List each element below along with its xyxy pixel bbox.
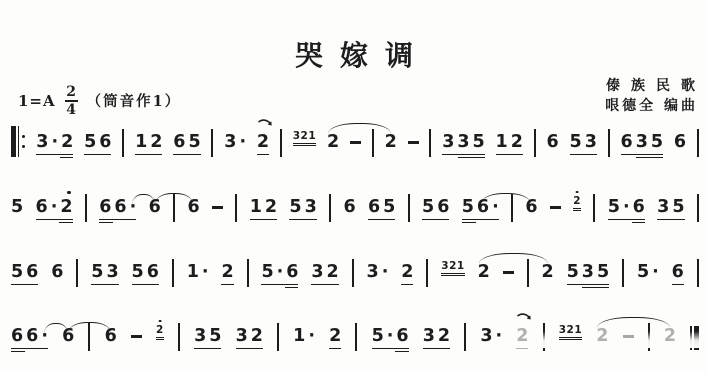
note: 32 [311, 262, 338, 282]
note: 56 [11, 262, 38, 282]
note: 5·6 [261, 262, 298, 282]
note: 12 [135, 132, 162, 152]
note: 66· [99, 197, 136, 217]
note: 35 [194, 326, 221, 346]
note: 3· [367, 262, 389, 282]
note: 2 [478, 262, 490, 282]
score-line-4: 66·66235321·25·6323·232122 [11, 306, 699, 356]
note: 6 [62, 326, 74, 346]
note: 53 [289, 197, 316, 217]
note: 6 [187, 197, 199, 217]
key-note: 1=A [18, 92, 56, 110]
note: 2 [516, 326, 528, 346]
rest-dash [408, 141, 419, 144]
note: 2 [221, 262, 233, 282]
barline [697, 259, 699, 287]
barline [122, 129, 124, 157]
rest-dash [350, 141, 361, 144]
slide-ornament-icon [516, 311, 533, 324]
barline [697, 194, 699, 222]
barline [543, 323, 545, 351]
barline [173, 194, 175, 222]
barline [76, 259, 78, 287]
note: 2 [596, 326, 608, 346]
page-title: 哭嫁调 [0, 34, 708, 74]
note: 2 [542, 262, 554, 282]
barline [622, 259, 624, 287]
barline [511, 194, 513, 222]
barline [527, 259, 529, 287]
note: 3·2 [36, 132, 73, 152]
octave-dot [576, 191, 579, 194]
note: 5·6 [608, 197, 645, 217]
note: 6 [51, 262, 63, 282]
note: 2 [385, 132, 397, 152]
score-line-2: 56·266·6612536655656·625·635 [11, 177, 699, 227]
note: 6 [672, 262, 684, 282]
note: 53 [570, 132, 597, 152]
credits: 傣族民歌 哏德全 编曲 [605, 76, 695, 116]
grace-note: 321 [441, 260, 464, 272]
note: 2 [257, 132, 269, 152]
note: 6·2 [36, 197, 73, 217]
barline [88, 323, 90, 351]
barline [408, 194, 410, 222]
octave-dot [159, 320, 162, 323]
note: 2 [664, 326, 676, 346]
note: 6 [149, 197, 161, 217]
score-line-1: 3·25612653·232122335126536356 [11, 112, 699, 162]
barline [534, 129, 536, 157]
note: 2 [329, 326, 341, 346]
note: 56· [462, 197, 499, 217]
grace-note: 321 [293, 130, 316, 142]
octave-dot [67, 191, 70, 194]
note: 6 [547, 132, 559, 152]
barline [247, 259, 249, 287]
grace-note: 321 [559, 324, 582, 336]
barline [280, 129, 282, 157]
note: 12 [496, 132, 523, 152]
note: 5 [11, 197, 23, 217]
note: 65 [368, 197, 395, 217]
note: 6 [343, 197, 355, 217]
barline [277, 323, 279, 351]
note: 2 [401, 262, 413, 282]
note: 56 [132, 262, 159, 282]
note: 5·6 [372, 326, 409, 346]
note: 1· [187, 262, 209, 282]
score-line-3: 56653561·25·6323·2321225355·6 [11, 242, 699, 292]
note: 56 [84, 132, 111, 152]
rest-dash [212, 206, 223, 209]
note: 35 [657, 197, 684, 217]
credit-source: 傣族民歌 [605, 76, 706, 96]
note: 335 [442, 132, 485, 152]
note: 3· [224, 132, 246, 152]
note: 6 [674, 132, 686, 152]
note: 12 [250, 197, 277, 217]
barline [372, 129, 374, 157]
slide-ornament-icon [257, 117, 274, 130]
grace-note: 2 [156, 324, 164, 336]
fingering-note: （筒音作1） [87, 90, 182, 111]
rest-dash [550, 206, 561, 209]
note: 32 [236, 326, 263, 346]
barline [429, 129, 431, 157]
note: 6 [105, 326, 117, 346]
note: 635 [621, 132, 664, 152]
note: 65 [173, 132, 200, 152]
repeat-begin-barline [11, 126, 25, 157]
barline [172, 259, 174, 287]
barline [355, 323, 357, 351]
barline [329, 194, 331, 222]
barline [464, 323, 466, 351]
barline [211, 129, 213, 157]
barline [426, 259, 428, 287]
rest-dash [131, 335, 142, 338]
barline [608, 129, 610, 157]
rest-dash [623, 335, 634, 338]
barline [85, 194, 87, 222]
note: 5· [637, 262, 659, 282]
note: 535 [567, 262, 610, 282]
note: 1· [293, 326, 315, 346]
barline [593, 194, 595, 222]
barline [697, 129, 699, 157]
note: 3· [480, 326, 502, 346]
note: 2 [327, 132, 339, 152]
rest-dash [503, 271, 514, 274]
grace-note: 2 [573, 195, 581, 207]
time-numerator: 2 [66, 84, 76, 100]
barline [648, 323, 650, 351]
note: 6 [525, 197, 537, 217]
barline [235, 194, 237, 222]
note: 53 [91, 262, 118, 282]
barline [178, 323, 180, 351]
final-barline [690, 326, 699, 350]
barline [352, 259, 354, 287]
note: 32 [423, 326, 450, 346]
note: 66· [11, 326, 48, 346]
note: 56 [422, 197, 449, 217]
